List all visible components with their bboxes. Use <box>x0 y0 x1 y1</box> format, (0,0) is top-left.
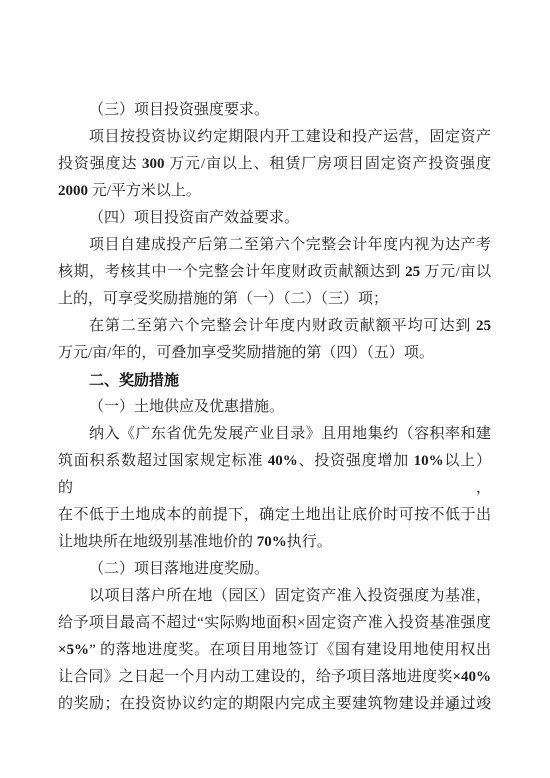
text-run: 让合同》之日起一个月内动工建设的，给予项目落地进度奖 <box>58 669 452 685</box>
text-run: ” 的落地进度奖。在项目用地签订《国有建设用地使用权出 <box>89 642 491 658</box>
text-line: ×5%” 的落地进度奖。在项目用地签订《国有建设用地使用权出 <box>58 637 491 664</box>
text-run: 筑面积系数超过国家规定标准 <box>58 453 268 469</box>
bold-number: ×40% <box>452 669 491 685</box>
text-run: （一）土地供应及优惠措施。 <box>89 399 284 415</box>
text-line: 在第二至第六个完整会计年度内财政贡献额平均可达到 25 <box>58 313 491 340</box>
text-run: 二、奖励措施 <box>89 372 179 389</box>
text-run: 纳入《广东省优先发展产业目录》且用地集约（容积率和建 <box>89 426 491 442</box>
text-run: 项目自建成投产后第二至第六个完整会计年度内视为达产考 <box>89 237 491 253</box>
bold-number: 40% <box>268 453 298 469</box>
text-run: 给予项目最高不超过“实际购地面积×固定资产准入投资基准强度 <box>58 615 491 631</box>
text-line: （二）项目落地进度奖励。 <box>58 556 491 583</box>
text-run: 万元/亩以 <box>420 264 491 280</box>
text-run: （三）项目投资强度要求。 <box>89 102 269 118</box>
text-run: 在不低于土地成本的前提下，确定土地出让底价时可按不低于出 <box>58 507 491 523</box>
text-line: 纳入《广东省优先发展产业目录》且用地集约（容积率和建 <box>58 421 491 448</box>
page-number: — 3 — <box>430 699 490 714</box>
bold-number: 10% <box>414 453 444 469</box>
text-line: 让地块所在地级别基准地价的 70%执行。 <box>58 529 491 556</box>
text-run: 万元/亩/年的，可叠加享受奖励措施的第（四）（五）项。 <box>58 345 434 361</box>
section-heading: 二、奖励措施 <box>58 367 491 394</box>
text-line: （三）项目投资强度要求。 <box>58 97 491 124</box>
text-run: 元/平方米以上。 <box>88 183 201 199</box>
text-run: 、投资强度增加 <box>298 453 414 469</box>
text-line: 筑面积系数超过国家规定标准 40%、投资强度增加 10%以上）的， <box>58 448 491 502</box>
text-line: 上的，可享受奖励措施的第（一）（二）（三）项； <box>58 286 491 313</box>
text-run: 执行。 <box>287 534 332 550</box>
text-line: （四）项目投资亩产效益要求。 <box>58 205 491 232</box>
bold-number: 2000 <box>58 183 88 199</box>
bold-number: 25 <box>476 318 491 334</box>
text-run: 核期，考核其中一个完整会计年度财政贡献额达到 <box>58 264 405 280</box>
text-line: 在不低于土地成本的前提下，确定土地出让底价时可按不低于出 <box>58 502 491 529</box>
text-run: 在第二至第六个完整会计年度内财政贡献额平均可达到 <box>89 318 476 334</box>
text-run: 让地块所在地级别基准地价的 <box>58 534 257 550</box>
text-run: 项目按投资协议约定期限内开工建设和投产运营，固定资产 <box>89 129 491 145</box>
text-line: 项目自建成投产后第二至第六个完整会计年度内视为达产考 <box>58 232 491 259</box>
document-body: （三）项目投资强度要求。项目按投资协议约定期限内开工建设和投产运营，固定资产投资… <box>58 97 491 718</box>
text-run: 以项目落户所在地（园区）固定资产准入投资强度为基准， <box>89 588 491 604</box>
text-run: 万元/亩以上、租赁厂房项目固定资产投资强度 <box>165 156 491 172</box>
text-line: 投资强度达 300 万元/亩以上、租赁厂房项目固定资产投资强度 <box>58 151 491 178</box>
text-run: （四）项目投资亩产效益要求。 <box>89 210 299 226</box>
text-run: （二）项目落地进度奖励。 <box>89 561 269 577</box>
text-line: 给予项目最高不超过“实际购地面积×固定资产准入投资基准强度 <box>58 610 491 637</box>
text-run: 投资强度达 <box>58 156 142 172</box>
text-run: 上的，可享受奖励措施的第（一）（二）（三）项； <box>58 291 388 307</box>
text-line: （一）土地供应及优惠措施。 <box>58 394 491 421</box>
bold-number: 25 <box>405 264 420 280</box>
text-line: 让合同》之日起一个月内动工建设的，给予项目落地进度奖×40% <box>58 664 491 691</box>
text-run: 的奖励；在投资协议约定的期限内完成主要建筑物建设并通过竣 <box>58 696 491 712</box>
bold-number: 300 <box>142 156 165 172</box>
document-page: （三）项目投资强度要求。项目按投资协议约定期限内开工建设和投产运营，固定资产投资… <box>0 0 550 778</box>
text-line: 的奖励；在投资协议约定的期限内完成主要建筑物建设并通过竣 <box>58 691 491 718</box>
text-line: 万元/亩/年的，可叠加享受奖励措施的第（四）（五）项。 <box>58 340 491 367</box>
text-line: 2000 元/平方米以上。 <box>58 178 491 205</box>
text-line: 以项目落户所在地（园区）固定资产准入投资强度为基准， <box>58 583 491 610</box>
bold-number: 70% <box>257 534 287 550</box>
bold-number: ×5% <box>58 642 89 658</box>
text-line: 核期，考核其中一个完整会计年度财政贡献额达到 25 万元/亩以 <box>58 259 491 286</box>
text-line: 项目按投资协议约定期限内开工建设和投产运营，固定资产 <box>58 124 491 151</box>
